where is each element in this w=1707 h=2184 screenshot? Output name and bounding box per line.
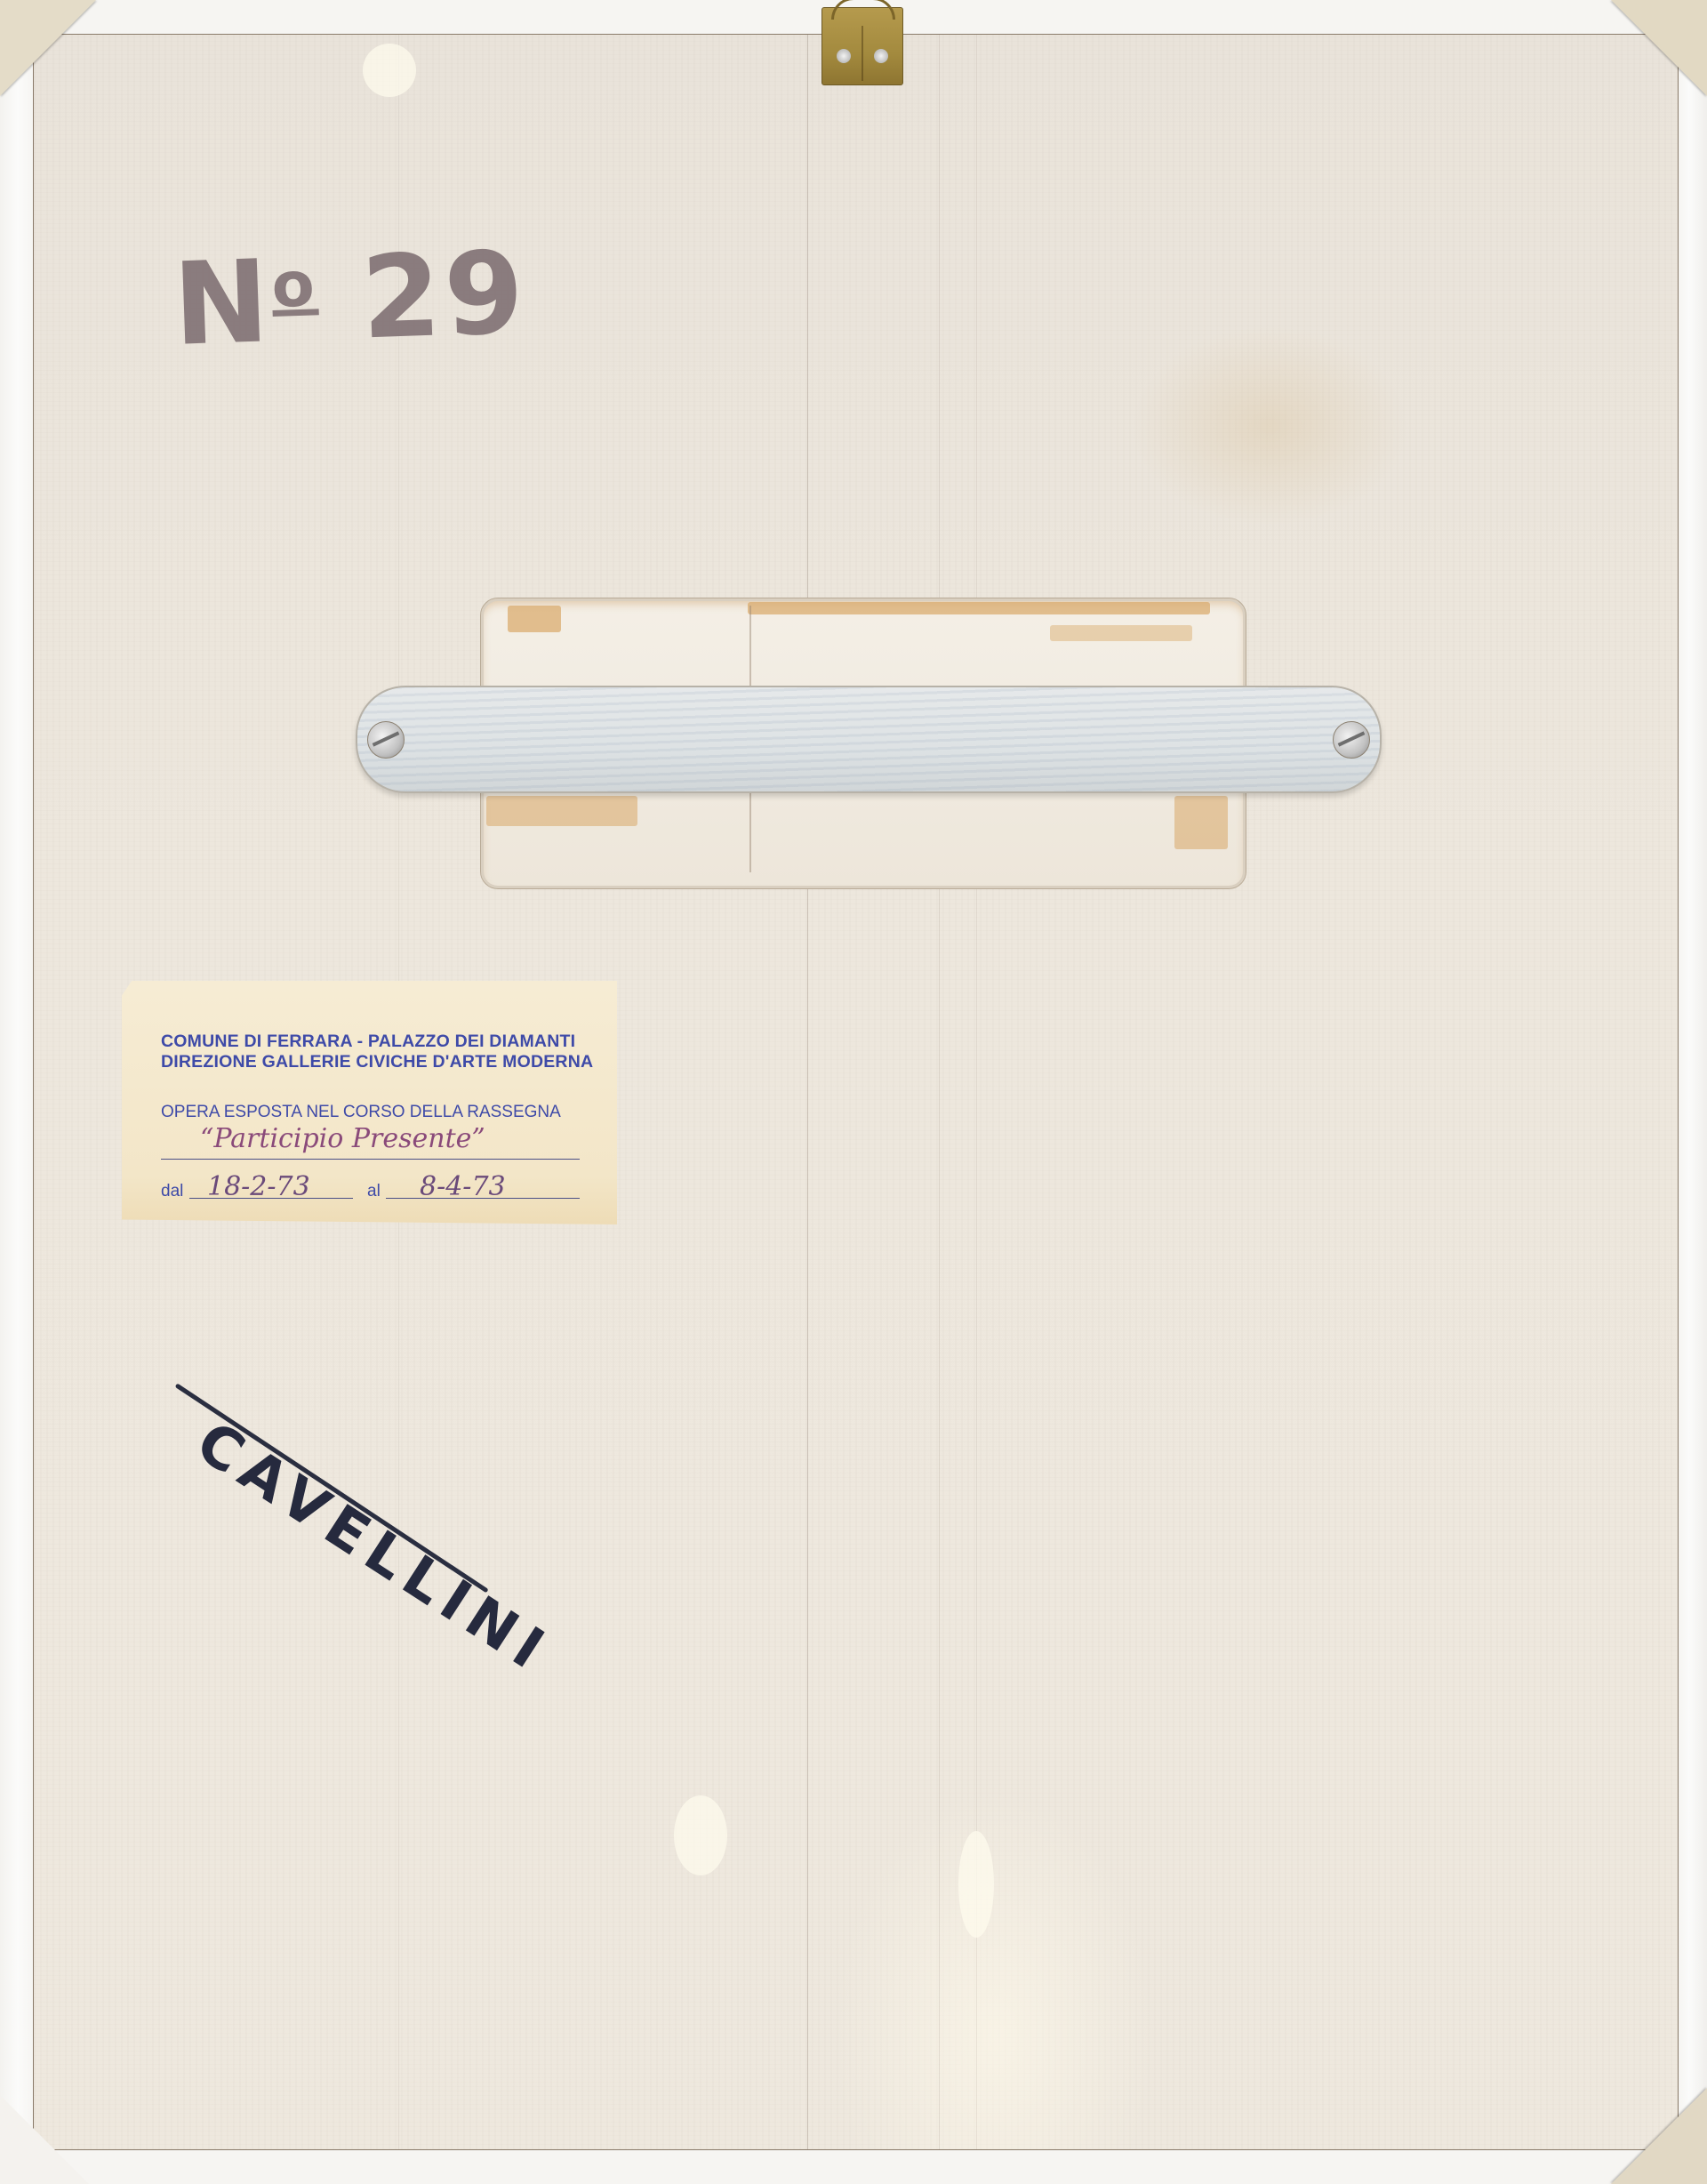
inventory-superscript: o — [270, 247, 319, 322]
label-institution: COMUNE DI FERRARA - PALAZZO DEI DIAMANTI — [161, 1032, 575, 1052]
label-department: DIREZIONE GALLERIE CIVICHE D'ARTE MODERN… — [161, 1052, 593, 1072]
paint-stain — [363, 44, 416, 97]
hanger-ring — [831, 0, 895, 20]
screw-icon — [874, 49, 888, 63]
inventory-value: 29 — [359, 227, 529, 365]
paint-stain — [674, 1795, 727, 1875]
paint-stain — [958, 1831, 994, 1938]
corner-protector-top-right — [1611, 0, 1707, 96]
corner-protector-bottom-right — [1611, 2088, 1707, 2184]
bare-wood-patch — [748, 602, 1210, 614]
screw-icon — [837, 49, 851, 63]
inventory-number: No 29 — [172, 227, 530, 372]
label-rule — [189, 1198, 353, 1199]
corner-frame-bottom-left — [0, 2095, 89, 2184]
bare-wood-patch — [486, 796, 637, 826]
crossbar-bracket — [356, 686, 1382, 793]
label-statement: OPERA ESPOSTA NEL CORSO DELLA RASSEGNA — [161, 1103, 561, 1122]
bare-wood-patch — [1050, 625, 1192, 641]
screw-icon — [367, 721, 405, 759]
hinge-fold — [862, 26, 863, 81]
label-to-caption: al — [367, 1182, 381, 1201]
wood-grain-line — [807, 35, 808, 2149]
label-from-caption: dal — [161, 1182, 183, 1201]
label-rule — [161, 1159, 580, 1160]
corner-protector-top-left — [0, 0, 96, 96]
label-rule — [386, 1198, 580, 1199]
wood-grain-line — [939, 35, 940, 2149]
label-exhibition-title: “Participio Presente” — [200, 1123, 485, 1154]
bare-wood-patch — [508, 606, 561, 632]
screw-icon — [1333, 721, 1370, 759]
exhibition-label: COMUNE DI FERRARA - PALAZZO DEI DIAMANTI… — [122, 981, 617, 1224]
brass-hinge-hanger-icon — [821, 7, 903, 85]
inventory-prefix: N — [172, 236, 275, 372]
bare-wood-patch — [1174, 796, 1228, 849]
